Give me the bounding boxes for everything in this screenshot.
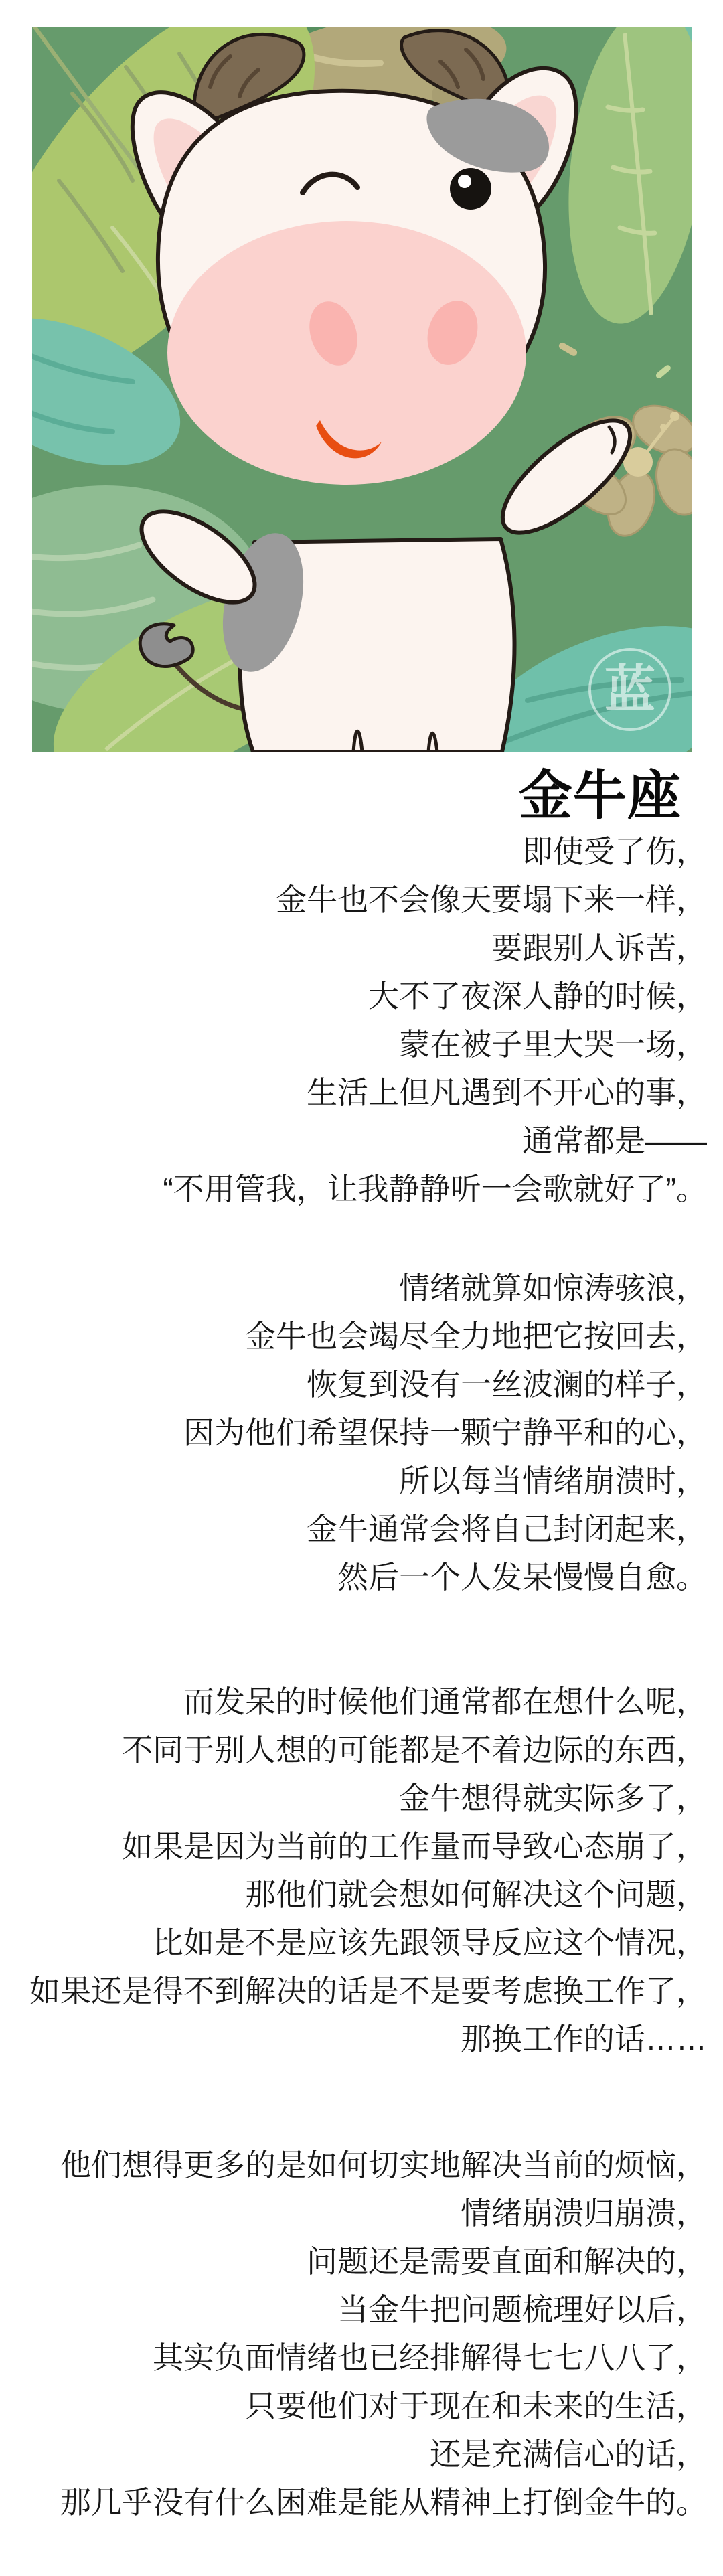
text-line: 金牛通常会将自己封闭起来， [0,1505,707,1553]
text-line: 情绪就算如惊涛骇浪， [0,1264,707,1312]
text-line: 然后一个人发呆慢慢自愈。 [0,1553,707,1601]
text-line: 要跟别人诉苦， [0,924,707,972]
cow-illustration-svg: 蓝 [32,27,692,752]
text-line: 金牛也会竭尽全力地把它按回去， [0,1312,707,1360]
text-line: 还是充满信心的话， [0,2430,707,2478]
text-line: 金牛想得就实际多了， [0,1774,707,1822]
text-line: 那几乎没有什么困难是能从精神上打倒金牛的。 [0,2478,707,2526]
text-line: 生活上但凡遇到不开心的事， [0,1068,707,1117]
paragraph: 他们想得更多的是如何切实地解决当前的烦恼，情绪崩溃归崩溃，问题还是需要直面和解决… [0,2141,707,2526]
text-line: 情绪崩溃归崩溃， [0,2189,707,2237]
cow-eye-highlight [458,175,471,188]
text-line: “不用管我，让我静静听一会歌就好了”。 [0,1165,707,1213]
watermark-text: 蓝 [605,661,655,718]
text-line: 比如是不是应该先跟领导反应这个情况， [0,1919,707,1967]
text-line: 那他们就会想如何解决这个问题， [0,1870,707,1919]
text-line: 那换工作的话…… [0,2015,707,2063]
text-line: 所以每当情绪崩溃时， [0,1457,707,1505]
text-line: 问题还是需要直面和解决的， [0,2237,707,2285]
paragraph: 情绪就算如惊涛骇浪，金牛也会竭尽全力地把它按回去，恢复到没有一丝波澜的样子，因为… [0,1264,707,1601]
text-line: 通常都是—— [0,1117,707,1165]
zodiac-article-page: 蓝 金牛座 即使受了伤，金牛也不会像天要塌下来一样，要跟别人诉苦，大不了夜深人静… [0,0,723,2576]
cow-illustration: 蓝 [32,27,692,752]
page-title: 金牛座 [0,769,681,823]
text-line: 当金牛把问题梳理好以后， [0,2285,707,2334]
paragraph: 即使受了伤，金牛也不会像天要塌下来一样，要跟别人诉苦，大不了夜深人静的时候，蒙在… [0,827,707,1213]
text-line: 如果还是得不到解决的话是不是要考虑换工作了， [0,1967,707,2015]
text-line: 他们想得更多的是如何切实地解决当前的烦恼， [0,2141,707,2189]
cow-open-eye [450,168,491,210]
text-line: 蒙在被子里大哭一场， [0,1020,707,1068]
text-line: 即使受了伤， [0,827,707,876]
text-line: 金牛也不会像天要塌下来一样， [0,876,707,924]
text-line: 大不了夜深人静的时候， [0,972,707,1020]
paragraph: 而发呆的时候他们通常都在想什么呢，不同于别人想的可能都是不着边际的东西，金牛想得… [0,1678,707,2063]
text-line: 其实负面情绪也已经排解得七七八八了， [0,2334,707,2382]
text-line: 恢复到没有一丝波澜的样子， [0,1360,707,1408]
text-line: 如果是因为当前的工作量而导致心态崩了， [0,1822,707,1870]
text-line: 因为他们希望保持一颗宁静平和的心， [0,1408,707,1457]
text-line: 只要他们对于现在和未来的生活， [0,2382,707,2430]
article-body: 即使受了伤，金牛也不会像天要塌下来一样，要跟别人诉苦，大不了夜深人静的时候，蒙在… [0,827,707,2526]
text-line: 不同于别人想的可能都是不着边际的东西， [0,1726,707,1774]
text-line: 而发呆的时候他们通常都在想什么呢， [0,1678,707,1726]
